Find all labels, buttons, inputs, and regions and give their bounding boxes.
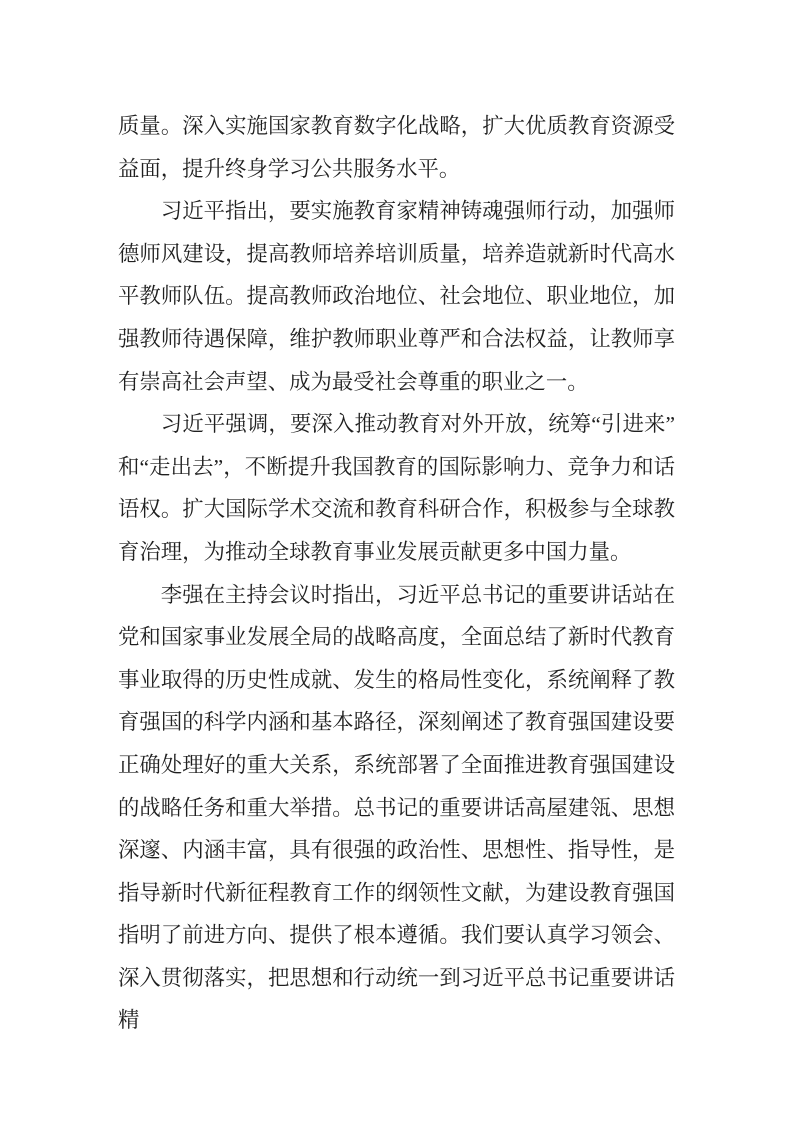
paragraph-xi-jinping-pointed-out: 习近平指出，要实施教育家精神铸魂强师行动，加强师德师风建设，提高教师培养培训质量… bbox=[118, 190, 675, 403]
paragraph-continuation: 质量。深入实施国家教育数字化战略，扩大优质教育资源受益面，提升终身学习公共服务水… bbox=[118, 105, 675, 190]
paragraph-xi-jinping-emphasized: 习近平强调，要深入推动教育对外开放，统筹“引进来”和“走出去”，不断提升我国教育… bbox=[118, 403, 675, 573]
document-page: 质量。深入实施国家教育数字化战略，扩大优质教育资源受益面，提升终身学习公共服务水… bbox=[0, 0, 793, 1122]
document-text-block: 质量。深入实施国家教育数字化战略，扩大优质教育资源受益面，提升终身学习公共服务水… bbox=[118, 105, 675, 1042]
paragraph-li-qiang-remarks: 李强在主持会议时指出，习近平总书记的重要讲话站在党和国家事业发展全局的战略高度，… bbox=[118, 574, 675, 1043]
